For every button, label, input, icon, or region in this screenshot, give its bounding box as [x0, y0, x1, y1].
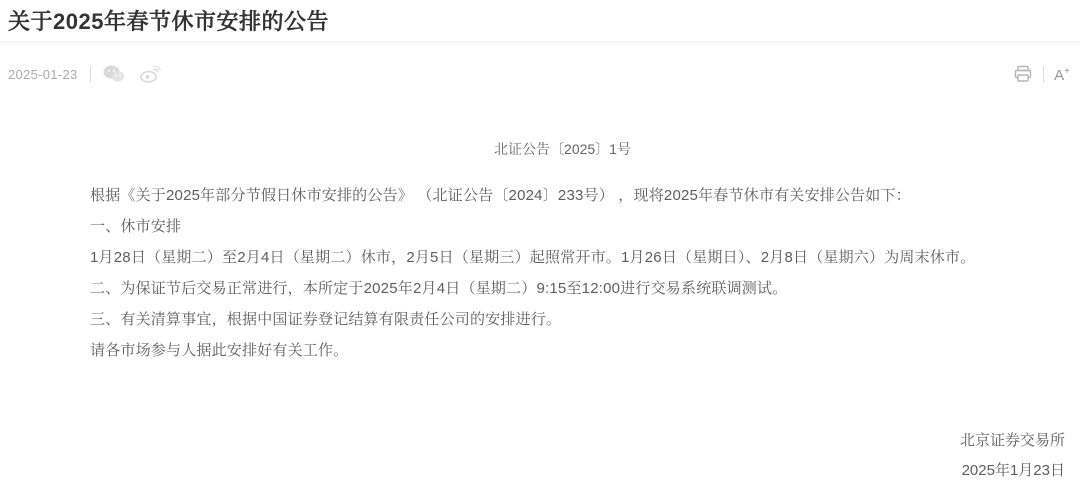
paragraph-section1-body: 1月28日（星期二）至2月4日（星期二）休市，2月5日（星期三）起照常开市。1月…	[60, 242, 1065, 273]
tools-divider	[1043, 66, 1044, 82]
article-header: 关于2025年春节休市安排的公告	[0, 0, 1080, 35]
publish-date: 2025-01-23	[8, 67, 78, 82]
announcement-page: 关于2025年春节休市安排的公告 2025-01-23	[0, 0, 1080, 487]
print-button[interactable]	[1013, 64, 1033, 84]
meta-row: 2025-01-23	[0, 63, 1080, 85]
meta-right: A+	[1013, 64, 1070, 84]
doc-number: 北证公告〔2025〕1号	[60, 141, 1065, 157]
printer-icon	[1013, 64, 1033, 84]
weibo-share-icon[interactable]	[139, 65, 161, 83]
font-increase-button[interactable]: A+	[1054, 64, 1070, 84]
signature-block: 北京证券交易所 2025年1月23日	[60, 426, 1065, 486]
font-increase-label: A+	[1054, 64, 1070, 84]
paragraph-section2: 二、为保证节后交易正常进行，本所定于2025年2月4日（星期二）9:15至12:…	[60, 273, 1065, 304]
signature-issuer: 北京证券交易所	[60, 426, 1065, 456]
paragraph-section1-title: 一、休市安排	[60, 211, 1065, 242]
paragraph-intro: 根据《关于2025年部分节假日休市安排的公告》 （北证公告〔2024〕233号）…	[60, 180, 1065, 211]
paragraph-section3: 三、有关清算事宜，根据中国证券登记结算有限责任公司的安排进行。	[60, 304, 1065, 335]
article-body: 北证公告〔2025〕1号 根据《关于2025年部分节假日休市安排的公告》 （北证…	[0, 85, 1080, 486]
meta-divider	[90, 66, 91, 82]
paragraph-closing: 请各市场参与人据此安排好有关工作。	[60, 335, 1065, 366]
title-divider	[0, 41, 1080, 46]
signature-date: 2025年1月23日	[60, 456, 1065, 486]
page-title: 关于2025年春节休市安排的公告	[8, 9, 1072, 35]
meta-left: 2025-01-23	[8, 65, 175, 83]
wechat-share-icon[interactable]	[103, 65, 125, 83]
